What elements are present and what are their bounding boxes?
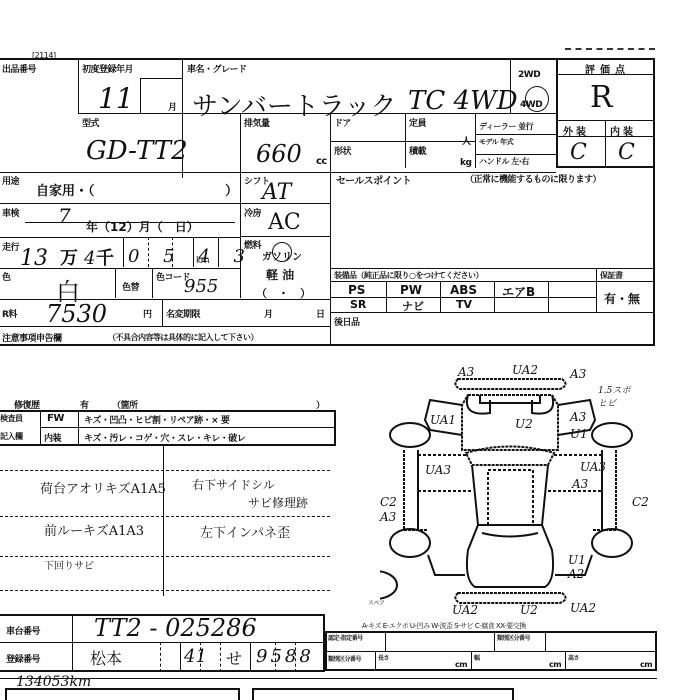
divider [0, 678, 657, 679]
divider [548, 281, 549, 312]
exterior-grade: C [570, 140, 587, 165]
note-line [0, 470, 330, 471]
car-name-label: 車名・グレード [187, 62, 247, 75]
divider [180, 642, 181, 672]
divider [0, 268, 240, 269]
chassis-number-label: 車台番号 [6, 624, 40, 637]
kg-label: kg [460, 158, 471, 168]
doors-label: ドア [334, 116, 351, 129]
divider [375, 651, 376, 671]
fuel-diesel: 軽 油 [266, 266, 294, 283]
registration-number: 9588 [256, 646, 314, 667]
equip-pw: PW [400, 283, 422, 297]
strike-line [25, 222, 235, 223]
day-label: 日 [316, 307, 325, 320]
divider [0, 237, 240, 238]
mark-right-door: UA3 [580, 460, 606, 474]
month-label-2: 月 [264, 307, 273, 320]
divider [494, 281, 495, 312]
score-value: R [590, 80, 613, 115]
mark-right-front-fender-2: U1 [570, 427, 588, 441]
equip-tv: TV [456, 298, 472, 311]
model-code: GD-TT2 [86, 136, 188, 166]
usage-label: 用途 [2, 174, 19, 187]
mark-left-side: C2 [380, 495, 397, 509]
color-label: 色 [2, 270, 11, 283]
drive-2wd-label: 2WD [518, 70, 540, 80]
mark-front-right-note: 1.5スポ ヒビ [598, 383, 638, 409]
height-label: 高さ [568, 653, 579, 662]
registration-city: 松本 [90, 646, 122, 669]
grade: TC 4WD [408, 86, 518, 116]
color-code-value: 955 [184, 276, 218, 297]
top-marks [565, 48, 655, 53]
divider [220, 642, 221, 672]
divider [330, 268, 655, 269]
registration-number-label: 登録番号 [6, 652, 40, 665]
divider [240, 236, 330, 237]
recycle-fee-label: R料 [2, 307, 17, 320]
divider [0, 326, 330, 327]
divider [471, 651, 472, 671]
divider [596, 268, 597, 312]
mark-right-rear: U1 A2 [568, 553, 592, 581]
mark-front-bumper-right: A3 [570, 367, 586, 381]
note-right-3: 左下インパネ歪 [200, 522, 290, 541]
divider [163, 446, 164, 596]
divider [240, 113, 241, 298]
month-label: 月 [168, 100, 177, 113]
displacement-value: 660 [256, 140, 302, 168]
note-left-1: 荷台アオリキズA1A5 [40, 478, 166, 497]
km-label: km [196, 256, 209, 266]
inspector-entry-1: 検査員 [0, 413, 23, 424]
divider [386, 281, 387, 312]
color-change-label: 色替 [122, 280, 139, 293]
displacement-label: 排気量 [244, 116, 270, 129]
later-items-label: 後日品 [334, 315, 360, 328]
divider [40, 410, 41, 446]
inspection-label: 車検 [2, 206, 19, 219]
interior-tag: 内装 [44, 431, 61, 444]
model-year-label: モデル 年式 [479, 137, 549, 147]
interior-label: 内装 [610, 123, 636, 138]
equip-navi: ナビ [402, 298, 424, 314]
length-label: 長さ [378, 653, 389, 662]
equip-ps: PS [348, 283, 365, 297]
divider [40, 427, 336, 428]
divider [475, 113, 476, 168]
mark-front-bumper-center: UA2 [512, 363, 538, 377]
lot-no-label: 出品番号 [2, 62, 36, 75]
certification-label: 認定·指定番号 [328, 633, 363, 642]
inspection-year: 7 [58, 204, 71, 228]
equip-abs: ABS [450, 283, 477, 297]
divider [330, 312, 655, 313]
capacity-label: 定員 [409, 116, 426, 129]
yen-label: 円 [143, 307, 152, 320]
warranty-label: 保証書 [600, 270, 623, 281]
sales-points-note: （正常に機能するものに限ります） [465, 172, 601, 185]
mileage-sen: 4 [84, 248, 95, 269]
bottom-box-left [5, 688, 240, 700]
note-line [0, 516, 330, 517]
fuel-label: 燃料 [244, 238, 261, 251]
man-label: 万 [60, 244, 78, 270]
divider [330, 281, 655, 282]
car-diagram: A3 UA2 A3 1.5スポ ヒビ UA1 U2 A3 U1 UA3 UA3 … [380, 355, 700, 615]
mark-rear-bumper-right: UA2 [570, 601, 596, 615]
length-cm: cm [455, 660, 467, 669]
fuel-gasoline-circle [272, 242, 292, 262]
load-label: 積載 [409, 144, 426, 157]
width-label: 幅 [474, 653, 480, 662]
car-outline-icon [380, 355, 700, 615]
mileage-label: 走行 [2, 240, 19, 253]
shift-value: AT [262, 180, 291, 205]
mark-hood: U2 [515, 417, 533, 431]
first-registration-label: 初度登録年月 [82, 62, 133, 75]
warranty-options: 有・無 [604, 290, 640, 307]
sen-label: 千 [96, 244, 114, 270]
mark-rear-bumper-center: U2 [520, 603, 538, 617]
fw-items: キズ・凹凸・ヒビ割・リペア跡・× 要 [84, 413, 229, 426]
first-reg-year: 11 [98, 82, 134, 115]
divider [0, 642, 325, 643]
mark-right-rear-dash: A3 [572, 477, 588, 491]
equipment-note: 装備品（純正品に限り○をつけてください） [334, 270, 483, 281]
divider [250, 642, 251, 672]
spare-label: スペア [368, 598, 385, 607]
registration-kana: せ [226, 646, 242, 669]
divider [545, 631, 546, 651]
car-name: サンバートラック [192, 86, 396, 123]
mark-right-front-fender-1: A3 [570, 410, 586, 424]
mark-rear-bumper-left: UA2 [452, 603, 478, 617]
divider [115, 268, 116, 298]
divider [475, 134, 556, 135]
divider [78, 113, 556, 114]
usage-close: ） [225, 180, 238, 199]
divider [140, 78, 141, 114]
note-left-2: 前ルーキズA1A3 [44, 520, 144, 539]
name-change-label: 名変期限 [166, 307, 200, 320]
divider [160, 642, 161, 672]
registration-class: 41 [184, 646, 207, 667]
note-right-2: サビ修理跡 [248, 494, 308, 511]
divider [0, 203, 330, 204]
divider [72, 614, 73, 672]
divider [140, 78, 182, 79]
drive-4wd-circle [525, 86, 549, 112]
sales-points-label: セールスポイント [336, 172, 411, 187]
inspection-date: 年（12）月（ 日） [86, 218, 199, 235]
mark-front-bumper-left: A3 [458, 365, 474, 379]
divider [152, 268, 153, 298]
divider [510, 58, 511, 113]
model-type-label: 型式 [82, 116, 99, 129]
dealer-import-label: ディーラー 並行 [479, 121, 533, 132]
category-label-2: 類別区分番号 [328, 654, 361, 663]
divider [385, 631, 386, 651]
divider [440, 281, 441, 312]
interior-grade: C [618, 140, 635, 165]
notes-sub: （不具合内容等は具体的に記入して下さい） [108, 332, 258, 343]
exterior-label: 外装 [563, 123, 589, 138]
inspector-entry-2: 記入欄 [0, 431, 23, 442]
usage-value: 自家用・（ [36, 180, 95, 199]
divider [605, 120, 606, 168]
height-cm: cm [640, 660, 652, 669]
mark-left-side-2: A3 [380, 510, 396, 524]
divider [78, 410, 79, 446]
aircon-label: 冷房 [244, 206, 261, 219]
body-shape-label: 形状 [334, 144, 351, 157]
aircon-value: AC [268, 210, 301, 235]
note-line [0, 590, 330, 591]
grade-score-label: 評価点 [585, 61, 630, 76]
note-left-3: 下回りサビ [44, 557, 94, 572]
mark-left-front-fender: UA1 [430, 413, 456, 427]
recycle-fee-value: 7530 [46, 300, 107, 328]
equip-sr: SR [350, 298, 366, 311]
divider [330, 141, 475, 142]
divider [475, 154, 556, 155]
damage-legend: A-キズ E-エクボ U-凹み W-波歪 S-サビ C-腐食 XX-要交換 [362, 621, 526, 631]
width-cm: cm [549, 660, 561, 669]
cc-label: cc [316, 156, 327, 167]
category-label: 類別区分番号 [497, 633, 530, 642]
notes-header: 注意事項申告欄 [2, 331, 62, 344]
interior-items: キズ・汚レ・コゲ・穴・スレ・キレ・破レ [84, 431, 245, 444]
bottom-box-right [252, 688, 514, 700]
mark-left-door: UA3 [425, 463, 451, 477]
fw-label: FW [47, 413, 64, 424]
chassis-number: TT2 - 025286 [94, 614, 257, 642]
divider [123, 237, 124, 267]
divider [494, 631, 495, 651]
divider [565, 651, 566, 671]
equip-airbag: エアB [502, 283, 535, 300]
mileage-rest: 0 5 4 3 [128, 246, 254, 267]
steering-label: ハンドル 左·右 [479, 156, 529, 167]
divider [162, 299, 163, 326]
mark-right-side: C2 [632, 495, 649, 509]
note-right-1: 右下サイドシル [192, 476, 275, 493]
divider [78, 58, 79, 113]
